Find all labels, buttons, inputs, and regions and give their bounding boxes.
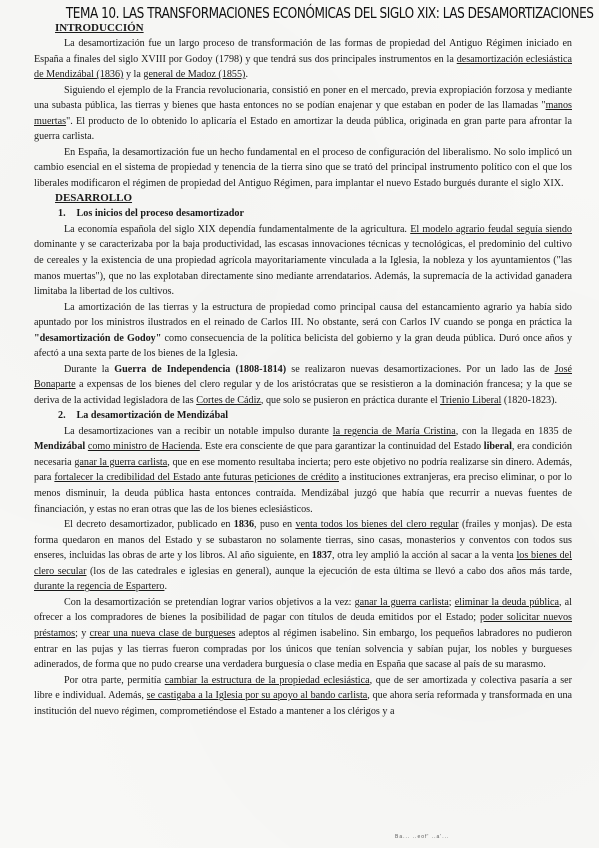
bold-text: Guerra de Independencia (1808-1814) bbox=[114, 364, 286, 375]
underlined-text: la regencia de María Cristina bbox=[333, 426, 456, 437]
underlined-text: general de Madoz (1855) bbox=[143, 69, 245, 80]
intro-paragraph-1: La desamortización fue un largo proceso … bbox=[34, 36, 572, 83]
text: dominante y se caracterizaba por la baja… bbox=[34, 239, 572, 297]
heading-introduccion: INTRODUCCIÓN bbox=[55, 21, 572, 36]
bold-text: liberal bbox=[484, 441, 512, 452]
text: ; y bbox=[75, 628, 90, 639]
sub2-paragraph-2: El decreto desamortizador, publicado en … bbox=[34, 517, 572, 595]
intro-paragraph-2: Siguiendo el ejemplo de la Francia revol… bbox=[34, 83, 572, 145]
text: , puso en bbox=[254, 519, 295, 530]
text: , con la llegada en 1835 de bbox=[456, 426, 572, 437]
heading-desarrollo: DESARROLLO bbox=[55, 191, 572, 206]
subheading-number: 1. bbox=[58, 206, 74, 221]
underlined-text: venta todos los bienes del clero regular bbox=[295, 519, 458, 530]
text: Durante la bbox=[64, 364, 114, 375]
sub1-paragraph-1: La economía española del siglo XIX depen… bbox=[34, 222, 572, 300]
text: , que solo se pusieron en práctica duran… bbox=[261, 395, 440, 406]
sub1-paragraph-2: La amortización de las tierras y la estr… bbox=[34, 300, 572, 362]
page-footer: Ba... ..eof' ..a'... bbox=[395, 834, 449, 840]
sub2-paragraph-1: La desamortizaciones van a recibir un no… bbox=[34, 424, 572, 517]
text: La economía española del siglo XIX depen… bbox=[64, 224, 410, 235]
text: Siguiendo el ejemplo de la Francia revol… bbox=[34, 85, 572, 112]
text: (1820-1823). bbox=[501, 395, 557, 406]
underlined-text: se castigaba a la Iglesia por su apoyo a… bbox=[147, 690, 368, 701]
text: , otra ley amplió la acción al sacar a l… bbox=[332, 550, 516, 561]
sub2-paragraph-4: Por otra parte, permitía cambiar la estr… bbox=[34, 673, 572, 720]
subheading-title: La desamortización de Mendizábal bbox=[77, 410, 229, 421]
bold-text: Mendizábal bbox=[34, 441, 85, 452]
text: La desamortizaciones van a recibir un no… bbox=[64, 426, 333, 437]
underlined-text: El modelo agrario feudal seguía siendo bbox=[410, 224, 572, 235]
subheading-1: 1. Los inicios del proceso desamortizado… bbox=[58, 206, 572, 221]
text: El decreto desamortizador, publicado en bbox=[64, 519, 234, 530]
underlined-text: durante la regencia de Espartero bbox=[34, 581, 164, 592]
underlined-text: cambiar la estructura de la propiedad ec… bbox=[165, 675, 370, 686]
text: . bbox=[164, 581, 167, 592]
text: . bbox=[245, 69, 248, 80]
bold-text: 1836 bbox=[234, 519, 254, 530]
underlined-text: Cortes de Cádiz bbox=[196, 395, 261, 406]
text: se realizaron nuevas desamortizaciones. … bbox=[286, 364, 554, 375]
bold-text: "desamortización de Godoy" bbox=[34, 333, 161, 344]
underlined-text: ganar la guerra carlista bbox=[74, 457, 167, 468]
underlined-text: Trienio Liberal bbox=[440, 395, 501, 406]
sub2-paragraph-3: Con la desamortización se pretendían log… bbox=[34, 595, 572, 673]
intro-paragraph-3: En España, la desamortización fue un hec… bbox=[34, 145, 572, 192]
text: Con la desamortización se pretendían log… bbox=[64, 597, 355, 608]
subheading-number: 2. bbox=[58, 408, 74, 423]
document-body: INTRODUCCIÓN La desamortización fue un l… bbox=[34, 21, 572, 719]
subheading-title: Los inicios del proceso desamortizador bbox=[77, 208, 244, 219]
document-page: TEMA 10. LAS TRANSFORMACIONES ECONÓMICAS… bbox=[0, 0, 599, 848]
underlined-text: eliminar la deuda pública bbox=[455, 597, 559, 608]
text: (los de las catedrales e iglesias en gen… bbox=[86, 566, 572, 577]
bold-text: 1837 bbox=[312, 550, 332, 561]
underlined-text: crear una nueva clase de burgueses bbox=[90, 628, 236, 639]
text: Por otra parte, permitía bbox=[64, 675, 165, 686]
underlined-text: como ministro de Hacienda bbox=[88, 441, 200, 452]
text: . Este era consciente de que para garant… bbox=[200, 441, 484, 452]
underlined-text: fortalecer la credibilidad del Estado an… bbox=[54, 472, 339, 483]
text: La amortización de las tierras y la estr… bbox=[34, 302, 572, 329]
underlined-text: ganar la guerra carlista bbox=[355, 597, 449, 608]
text: y la bbox=[123, 69, 143, 80]
subheading-2: 2. La desamortización de Mendizábal bbox=[58, 408, 572, 423]
document-title: TEMA 10. LAS TRANSFORMACIONES ECONÓMICAS… bbox=[66, 4, 533, 22]
text: ". El producto de lo obtenido lo aplicar… bbox=[34, 116, 572, 143]
sub1-paragraph-3: Durante la Guerra de Independencia (1808… bbox=[34, 362, 572, 409]
